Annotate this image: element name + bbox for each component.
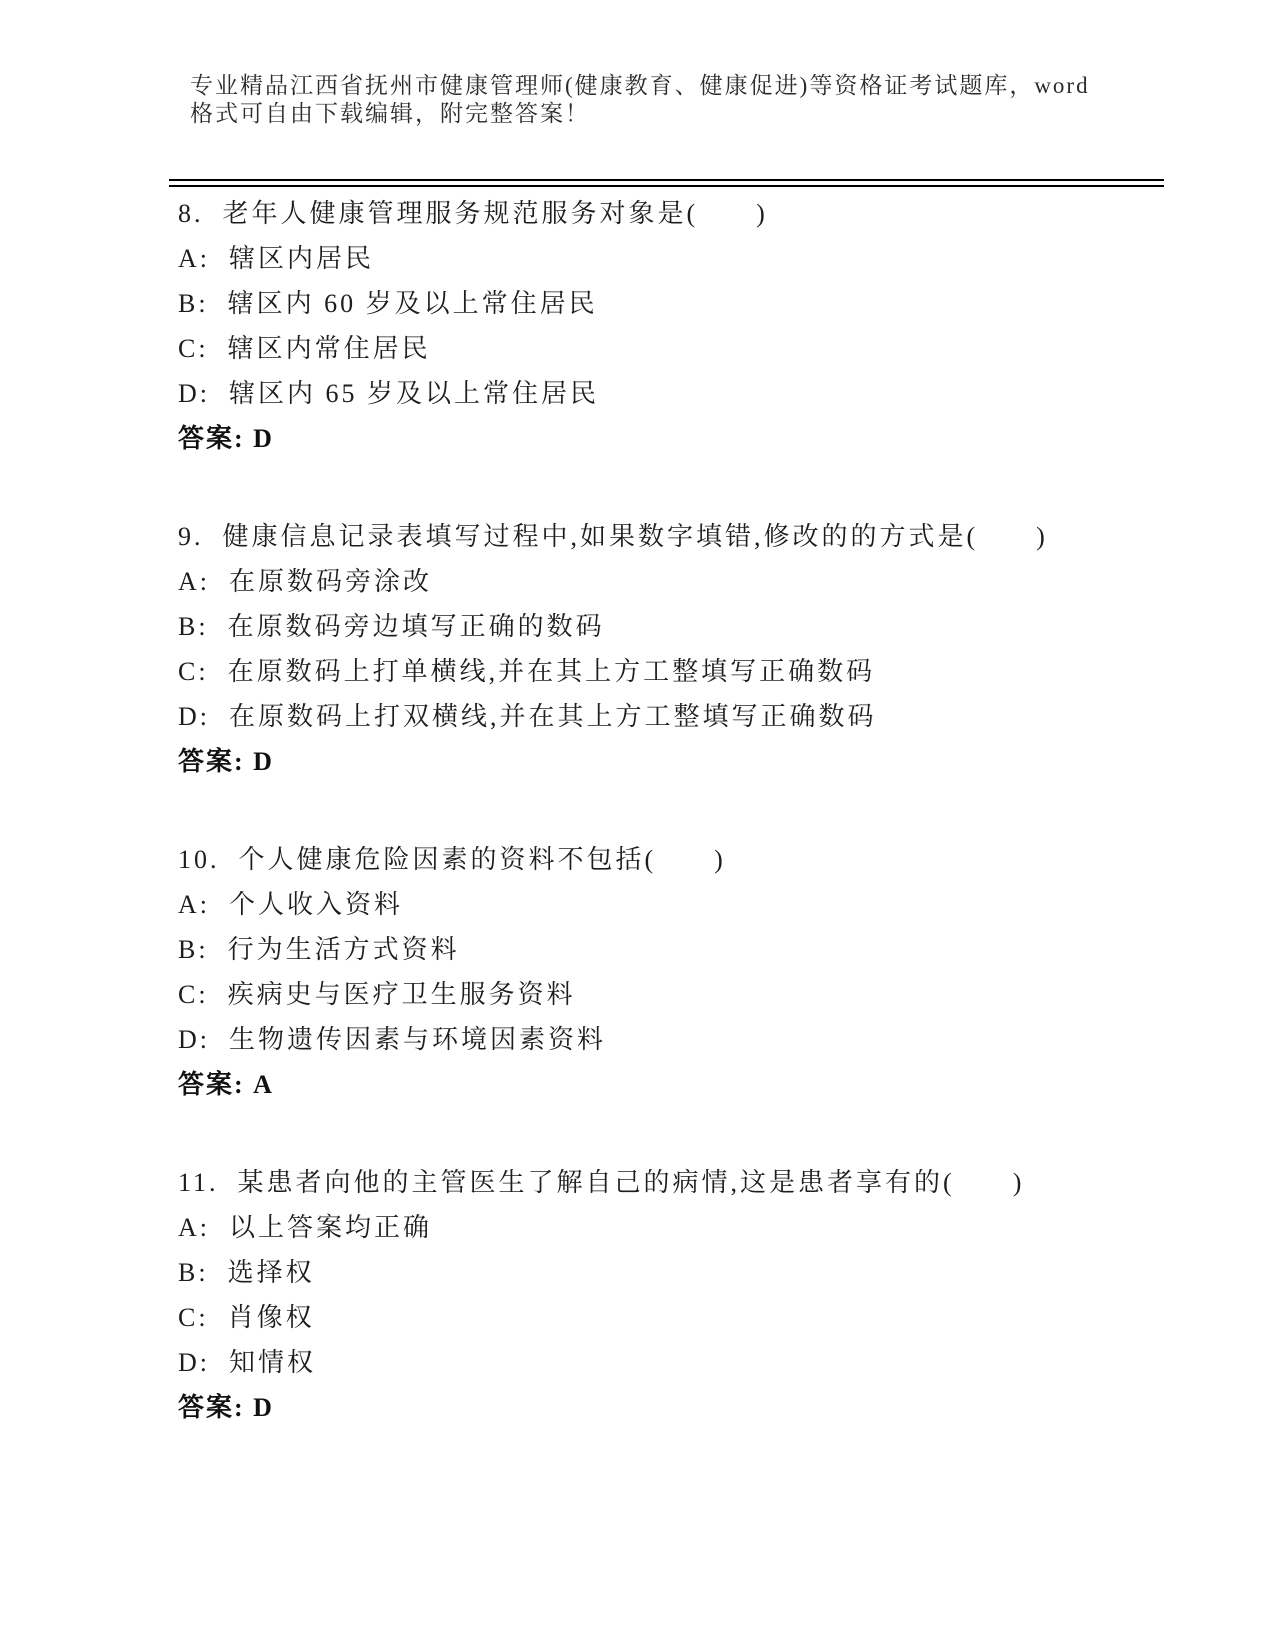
option-line-d: D: 生物遗传因素与环境因素资料 [178, 1017, 1155, 1062]
answer-line: 答案: A [178, 1062, 1155, 1107]
option-line-a: A: 在原数码旁涂改 [178, 559, 1155, 604]
option-line-c: C: 疾病史与医疗卫生服务资料 [178, 972, 1155, 1017]
page-header: 专业精品江西省抚州市健康管理师(健康教育、健康促进)等资格证考试题库，word … [0, 0, 1275, 128]
option-line-a: A: 个人收入资料 [178, 882, 1155, 927]
question-stem: 8. 老年人健康管理服务规范服务对象是( ) [178, 191, 1155, 236]
answer-line: 答案: D [178, 1385, 1155, 1430]
answer-line: 答案: D [178, 416, 1155, 461]
option-line-b: B: 选择权 [178, 1250, 1155, 1295]
answer-line: 答案: D [178, 739, 1155, 784]
question-list: 8. 老年人健康管理服务规范服务对象是( ) A: 辖区内居民 B: 辖区内 6… [0, 187, 1275, 1430]
header-divider [169, 179, 1164, 187]
option-line-a: A: 以上答案均正确 [178, 1205, 1155, 1250]
option-line-d: D: 在原数码上打双横线,并在其上方工整填写正确数码 [178, 694, 1155, 739]
header-text-line1: 专业精品江西省抚州市健康管理师(健康教育、健康促进)等资格证考试题库，word [190, 72, 1135, 100]
document-page: 专业精品江西省抚州市健康管理师(健康教育、健康促进)等资格证考试题库，word … [0, 0, 1275, 1650]
question-stem: 11. 某患者向他的主管医生了解自己的病情,这是患者享有的( ) [178, 1160, 1155, 1205]
question-stem: 10. 个人健康危险因素的资料不包括( ) [178, 837, 1155, 882]
option-line-c: C: 肖像权 [178, 1295, 1155, 1340]
option-line-b: B: 辖区内 60 岁及以上常住居民 [178, 281, 1155, 326]
option-line-c: C: 辖区内常住居民 [178, 326, 1155, 371]
header-text-line2: 格式可自由下载编辑，附完整答案！ [190, 100, 1135, 128]
option-line-d: D: 辖区内 65 岁及以上常住居民 [178, 371, 1155, 416]
option-line-d: D: 知情权 [178, 1340, 1155, 1385]
option-line-a: A: 辖区内居民 [178, 236, 1155, 281]
question-stem: 9. 健康信息记录表填写过程中,如果数字填错,修改的的方式是( ) [178, 514, 1155, 559]
option-line-b: B: 行为生活方式资料 [178, 927, 1155, 972]
question-block-9: 9. 健康信息记录表填写过程中,如果数字填错,修改的的方式是( ) A: 在原数… [178, 514, 1155, 784]
question-block-8: 8. 老年人健康管理服务规范服务对象是( ) A: 辖区内居民 B: 辖区内 6… [178, 191, 1155, 461]
option-line-b: B: 在原数码旁边填写正确的数码 [178, 604, 1155, 649]
question-block-10: 10. 个人健康危险因素的资料不包括( ) A: 个人收入资料 B: 行为生活方… [178, 837, 1155, 1107]
option-line-c: C: 在原数码上打单横线,并在其上方工整填写正确数码 [178, 649, 1155, 694]
question-block-11: 11. 某患者向他的主管医生了解自己的病情,这是患者享有的( ) A: 以上答案… [178, 1160, 1155, 1430]
